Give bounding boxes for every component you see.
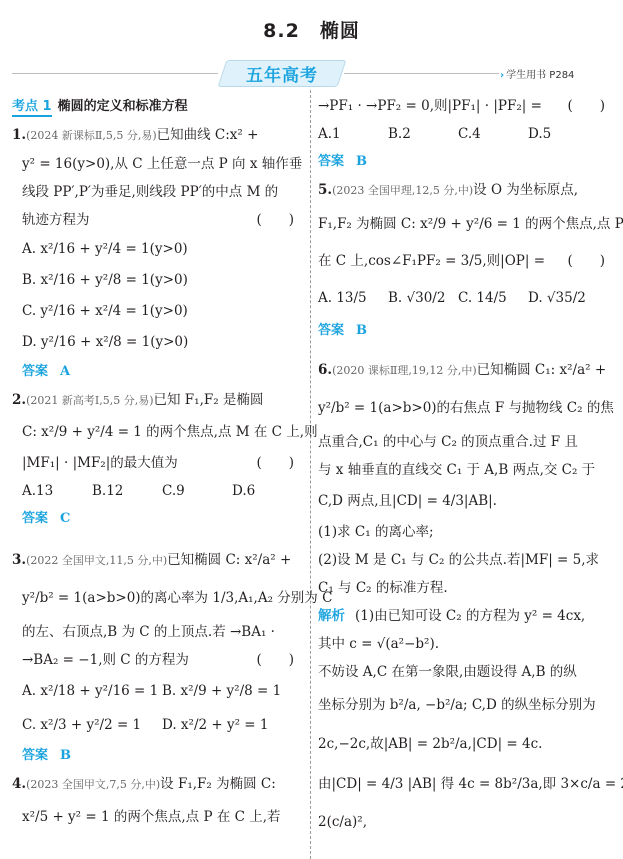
question-text: C,D 两点,且|CD| = 4/3|AB|. <box>318 484 613 518</box>
answer-label: 答案 <box>22 511 48 526</box>
question-text: 已知椭圆 C: x²/a² + <box>167 552 291 568</box>
banner-divider-right <box>344 73 499 74</box>
answer-bracket: ( ) <box>256 206 294 234</box>
answer-bracket: ( ) <box>256 646 294 674</box>
right-column: →PF₁ · →PF₂ = 0,则|PF₁| · |PF₂| =( ) A.1 … <box>318 92 613 840</box>
option-b: B. √30/2 <box>388 279 458 317</box>
option-d: D.6 <box>232 477 302 505</box>
sub-question-1: (1)求 C₁ 的离心率; <box>318 518 613 546</box>
options-row: A. 13/5 B. √30/2 C. 14/5 D. √35/2 <box>318 279 613 317</box>
answer-row: 答案B <box>318 317 613 345</box>
answer-value: A <box>60 364 70 379</box>
option-c: C. y²/16 + x²/4 = 1(y>0) <box>12 296 302 327</box>
question-text: 点重合,C₁ 的中心与 C₂ 的顶点重合.过 F 且 <box>318 428 613 456</box>
solution-text: 其中 c = √(a²−b²). <box>318 630 613 658</box>
chevron-right-icon: › <box>500 70 504 81</box>
answer-bracket: ( ) <box>567 243 605 279</box>
question-text: y² = 16(y>0),从 C 上任意一点 P 向 x 轴作垂 <box>12 150 302 178</box>
option-c: C.4 <box>458 120 528 148</box>
banner-label: 五年高考 <box>222 61 342 86</box>
option-c: C.9 <box>162 477 232 505</box>
options-row: C. x²/3 + y²/2 = 1 D. x²/2 + y² = 1 <box>12 708 302 742</box>
question-1: 1.(2024 新课标Ⅱ,5,5 分,易)已知曲线 C:x² + y² = 16… <box>12 121 302 386</box>
solution-text: 2(c/a)², <box>318 804 613 840</box>
question-text: x²/5 + y² = 1 的两个焦点,点 P 在 C 上,若 <box>12 799 302 835</box>
solution-text: 2c,−2c,故|AB| = 2b²/a,|CD| = 4c. <box>318 724 613 764</box>
option-a: A.13 <box>22 477 92 505</box>
solution: 解析(1)由已知可设 C₂ 的方程为 y² = 4cx, 其中 c = √(a²… <box>318 602 613 840</box>
question-text: 与 x 轴垂直的直线交 C₁ 于 A,B 两点,交 C₂ 于 <box>318 456 613 484</box>
question-2: 2.(2021 新高考Ⅰ,5,5 分,易)已知 F₁,F₂ 是椭圆 C: x²/… <box>12 386 302 533</box>
option-d: D.5 <box>528 120 598 148</box>
question-text: 轨迹方程为 <box>22 212 90 228</box>
question-source: (2020 课标Ⅱ理,19,12 分,中) <box>332 364 477 377</box>
option-d: D. x²/2 + y² = 1 <box>162 708 302 742</box>
question-number: 6. <box>318 362 332 378</box>
question-text: C: x²/9 + y²/4 = 1 的两个焦点,点 M 在 C 上,则 <box>12 415 302 449</box>
question-source: (2022 全国甲文,11,5 分,中) <box>26 554 167 567</box>
option-c: C. 14/5 <box>458 279 528 317</box>
answer-value: B <box>356 323 367 338</box>
question-4: 4.(2023 全国甲文,7,5 分,中)设 F₁,F₂ 为椭圆 C: x²/5… <box>12 770 302 835</box>
question-5: 5.(2023 全国甲理,12,5 分,中)设 O 为坐标原点, F₁,F₂ 为… <box>318 176 613 345</box>
question-source: (2021 新高考Ⅰ,5,5 分,易) <box>26 394 153 407</box>
section-banner: 五年高考 ›学生用书 P284 <box>0 58 623 88</box>
answer-row: 答案C <box>12 505 302 533</box>
question-4-continued: →PF₁ · →PF₂ = 0,则|PF₁| · |PF₂| =( ) A.1 … <box>318 92 613 176</box>
section-title: 椭圆的定义和标准方程 <box>58 99 188 114</box>
left-column: 考点 1椭圆的定义和标准方程 1.(2024 新课标Ⅱ,5,5 分,易)已知曲线… <box>12 92 302 835</box>
reference-text: 学生用书 P284 <box>506 70 574 81</box>
answer-label: 答案 <box>22 364 48 379</box>
question-6: 6.(2020 课标Ⅱ理,19,12 分,中)已知椭圆 C₁: x²/a² + … <box>318 353 613 602</box>
answer-row: 答案B <box>12 742 302 770</box>
options-row: A. x²/18 + y²/16 = 1 B. x²/9 + y²/8 = 1 <box>12 674 302 708</box>
solution-text: 坐标分别为 b²/a, −b²/a; C,D 的纵坐标分别为 <box>318 686 613 724</box>
sub-question-2-cont: C₁ 与 C₂ 的标准方程. <box>318 574 613 602</box>
question-text: 线段 PP′,P′为垂足,则线段 PP′的中点 M 的 <box>12 178 302 206</box>
solution-label: 解析 <box>318 608 345 624</box>
question-number: 5. <box>318 182 332 198</box>
option-a: A. x²/18 + y²/16 = 1 <box>22 674 162 708</box>
question-text: 已知 F₁,F₂ 是椭圆 <box>154 392 264 408</box>
question-source: (2023 全国甲理,12,5 分,中) <box>332 184 473 197</box>
question-text: y²/b² = 1(a>b>0)的右焦点 F 与抛物线 C₂ 的焦 <box>318 388 613 428</box>
question-text: 在 C 上,cos∠F₁PF₂ = 3/5,则|OP| = <box>318 253 545 269</box>
answer-value: C <box>60 511 70 526</box>
options-row: A.1 B.2 C.4 D.5 <box>318 120 613 148</box>
solution-text: 不妨设 A,C 在第一象限,由题设得 A,B 的纵 <box>318 658 613 686</box>
option-b: B. x²/16 + y²/8 = 1(y>0) <box>12 265 302 296</box>
options-row: A.13 B.12 C.9 D.6 <box>12 477 302 505</box>
answer-row: 答案A <box>12 358 302 386</box>
question-text: 设 O 为坐标原点, <box>473 182 578 198</box>
sub-question-2: (2)设 M 是 C₁ 与 C₂ 的公共点.若|MF| = 5,求 <box>318 546 613 574</box>
option-a: A.1 <box>318 120 388 148</box>
question-text: |MF₁| · |MF₂|的最大值为 <box>22 455 178 471</box>
question-text: 设 F₁,F₂ 为椭圆 C: <box>160 776 276 792</box>
question-text: →BA₂ = −1,则 C 的方程为 <box>22 652 189 668</box>
question-text: →PF₁ · →PF₂ = 0,则|PF₁| · |PF₂| = <box>318 98 542 114</box>
answer-value: B <box>60 748 71 763</box>
question-source: (2023 全国甲文,7,5 分,中) <box>26 778 160 791</box>
answer-label: 答案 <box>22 748 48 763</box>
option-d: D. √35/2 <box>528 279 598 317</box>
option-d: D. y²/16 + x²/8 = 1(y>0) <box>12 327 302 358</box>
section-tag: 考点 1 <box>12 99 52 117</box>
answer-value: B <box>356 154 367 169</box>
question-text: 已知椭圆 C₁: x²/a² + <box>477 362 607 378</box>
answer-bracket: ( ) <box>567 92 605 120</box>
answer-label: 答案 <box>318 323 344 338</box>
question-number: 3. <box>12 552 26 568</box>
section-heading: 考点 1椭圆的定义和标准方程 <box>12 92 302 121</box>
option-a: A. x²/16 + y²/4 = 1(y>0) <box>12 234 302 265</box>
answer-label: 答案 <box>318 154 344 169</box>
solution-text: 由|CD| = 4/3 |AB| 得 4c = 8b²/3a,即 3×c/a =… <box>318 764 613 804</box>
question-3: 3.(2022 全国甲文,11,5 分,中)已知椭圆 C: x²/a² + y²… <box>12 543 302 770</box>
question-source: (2024 新课标Ⅱ,5,5 分,易) <box>26 129 157 142</box>
question-text: F₁,F₂ 为椭圆 C: x²/9 + y²/6 = 1 的两个焦点,点 P <box>318 205 613 243</box>
question-text: 已知曲线 C:x² + <box>157 127 259 143</box>
option-c: C. x²/3 + y²/2 = 1 <box>22 708 162 742</box>
solution-text: (1)由已知可设 C₂ 的方程为 y² = 4cx, <box>355 608 585 624</box>
answer-bracket: ( ) <box>256 449 294 477</box>
question-text: 的左、右顶点,B 为 C 的上顶点.若 →BA₁ · <box>12 618 302 646</box>
option-b: B. x²/9 + y²/8 = 1 <box>162 674 302 708</box>
answer-row: 答案B <box>318 148 613 176</box>
question-number: 2. <box>12 392 26 408</box>
page-title: 8.2 椭圆 <box>0 16 623 43</box>
student-book-reference: ›学生用书 P284 <box>500 66 574 81</box>
option-b: B.12 <box>92 477 162 505</box>
question-number: 1. <box>12 127 26 143</box>
banner-divider-left <box>12 73 218 74</box>
option-b: B.2 <box>388 120 458 148</box>
column-divider <box>310 90 311 859</box>
question-text: y²/b² = 1(a>b>0)的离心率为 1/3,A₁,A₂ 分别为 C <box>12 578 302 618</box>
option-a: A. 13/5 <box>318 279 388 317</box>
question-number: 4. <box>12 776 26 792</box>
